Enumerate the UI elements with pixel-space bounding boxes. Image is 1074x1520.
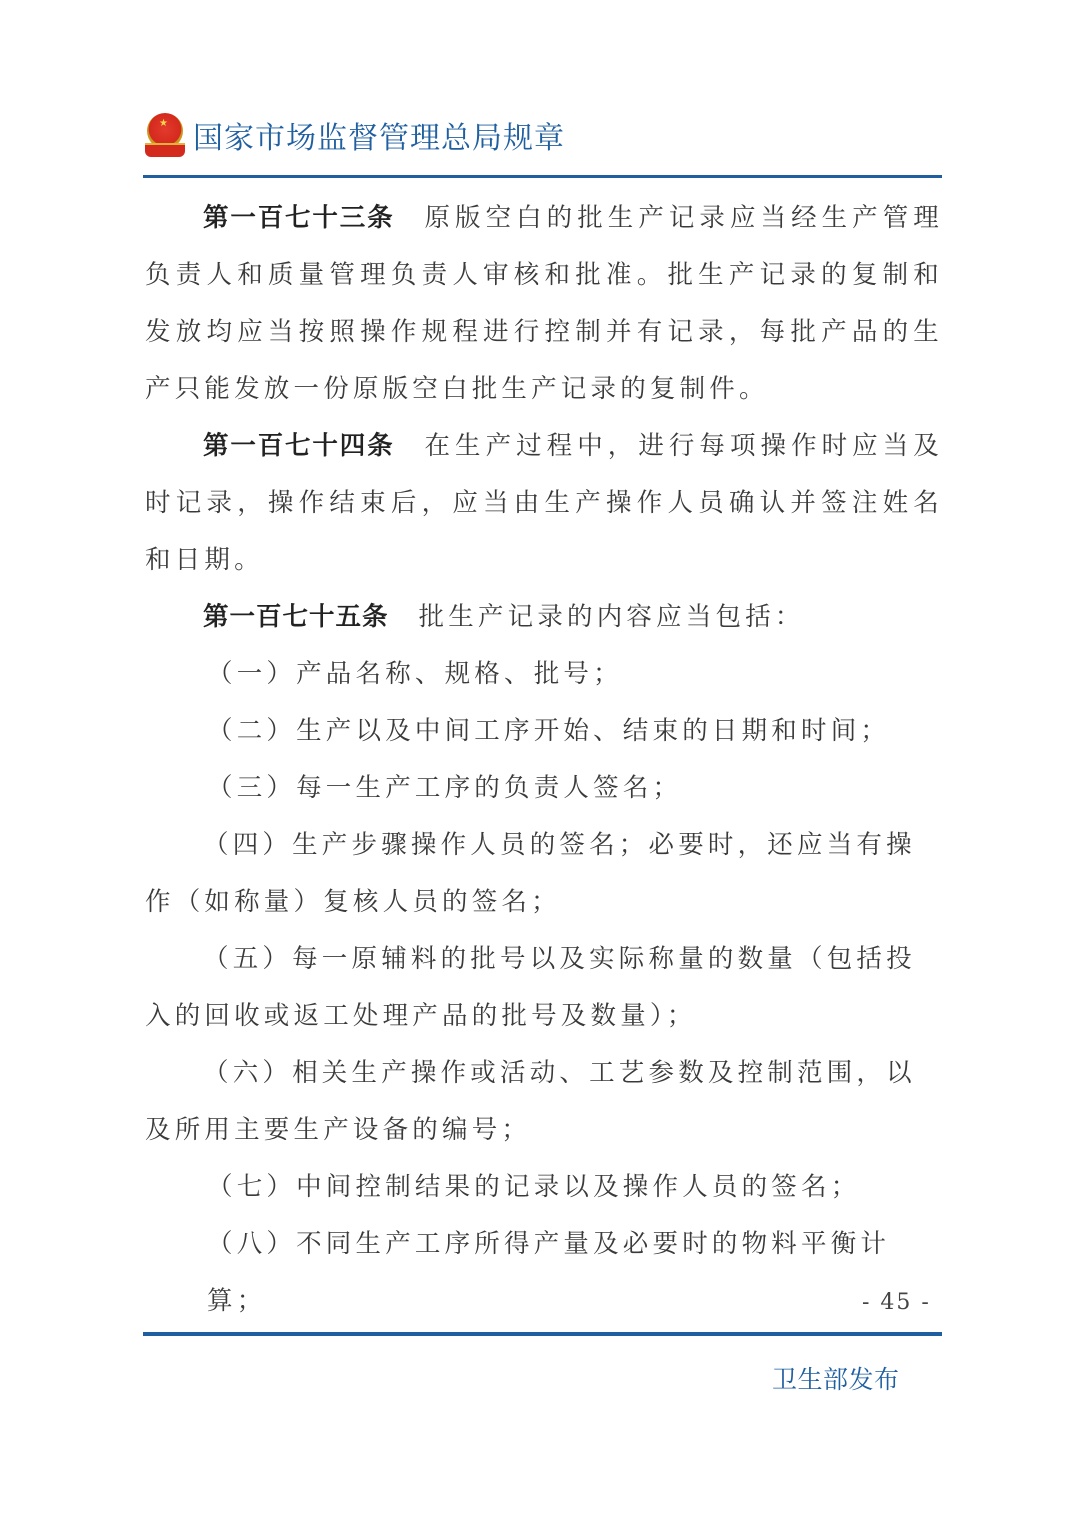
header-title: 国家市场监督管理总局规章 bbox=[193, 113, 565, 157]
header-divider bbox=[143, 175, 942, 178]
list-item: （七）中间控制结果的记录以及操作人员的签名； bbox=[145, 1159, 943, 1216]
list-item: （一）产品名称、规格、批号； bbox=[145, 646, 943, 703]
article-text: 批生产记录的内容应当包括： bbox=[419, 602, 805, 632]
article-173: 第一百七十三条原版空白的批生产记录应当经生产管理负责人和质量管理负责人审核和批准… bbox=[145, 190, 943, 418]
document-body: 第一百七十三条原版空白的批生产记录应当经生产管理负责人和质量管理负责人审核和批准… bbox=[145, 190, 943, 1330]
article-174: 第一百七十四条在生产过程中，进行每项操作时应当及时记录，操作结束后，应当由生产操… bbox=[145, 418, 943, 589]
list-item: （四）生产步骤操作人员的签名；必要时，还应当有操作（如称量）复核人员的签名； bbox=[145, 817, 943, 931]
footer-divider bbox=[143, 1332, 942, 1336]
page-header: ★ 国家市场监督管理总局规章 bbox=[145, 113, 565, 157]
article-175: 第一百七十五条批生产记录的内容应当包括： bbox=[145, 589, 943, 646]
list-item: （三）每一生产工序的负责人签名； bbox=[145, 760, 943, 817]
national-emblem-icon: ★ bbox=[145, 113, 185, 157]
article-label: 第一百七十五条 bbox=[203, 602, 389, 632]
page-number: - 45 - bbox=[862, 1290, 931, 1315]
publisher-label: 卫生部发布 bbox=[772, 1360, 900, 1396]
list-item: （五）每一原辅料的批号以及实际称量的数量（包括投入的回收或返工处理产品的批号及数… bbox=[145, 931, 943, 1045]
list-item: （六）相关生产操作或活动、工艺参数及控制范围，以及所用主要生产设备的编号； bbox=[145, 1045, 943, 1159]
article-text: 原版空白的批生产记录应当经生产管理负责人和质量管理负责人审核和批准。批生产记录的… bbox=[145, 203, 943, 404]
list-item: （二）生产以及中间工序开始、结束的日期和时间； bbox=[145, 703, 943, 760]
list-item: （八）不同生产工序所得产量及必要时的物料平衡计算； bbox=[145, 1216, 943, 1330]
article-label: 第一百七十三条 bbox=[203, 203, 394, 233]
article-label: 第一百七十四条 bbox=[203, 431, 394, 461]
